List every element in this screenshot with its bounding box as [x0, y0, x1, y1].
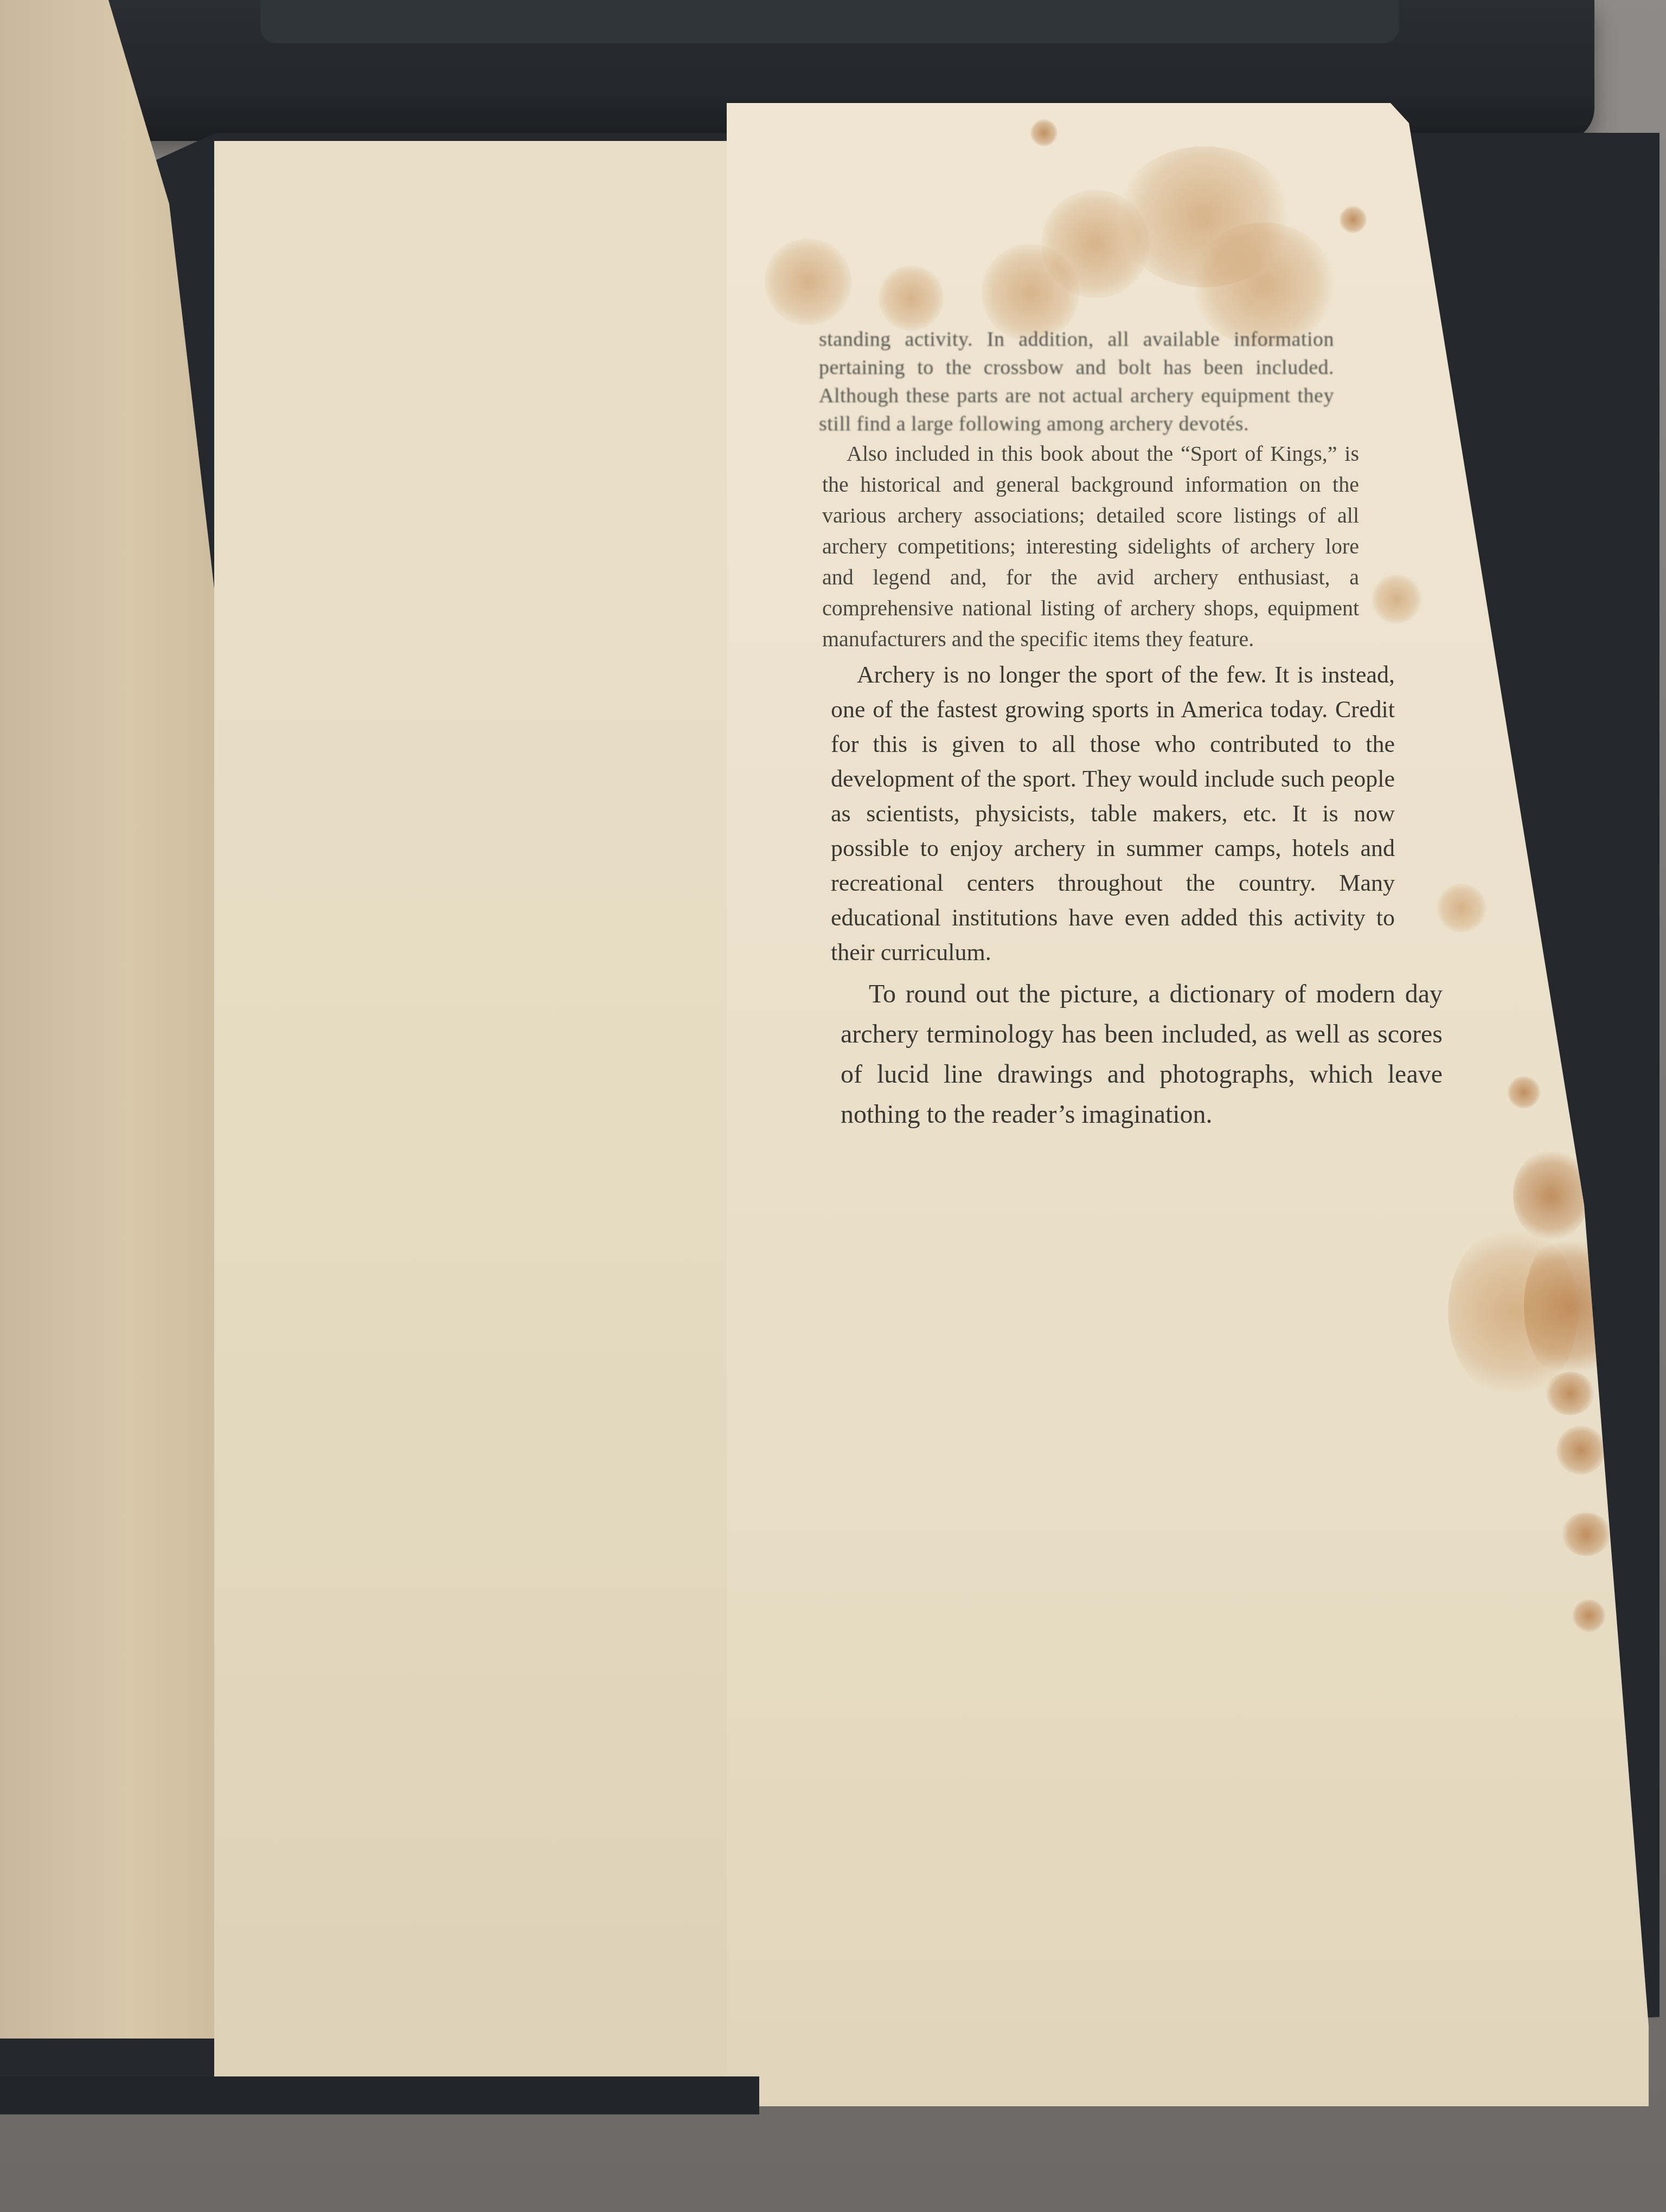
- book-bottom-edge: [0, 2076, 759, 2114]
- flap-paragraph: To round out the picture, a dictionary o…: [841, 974, 1443, 1135]
- flap-paragraph: Archery is no longer the sport of the fe…: [831, 658, 1395, 970]
- foxing-spot: [1340, 206, 1367, 233]
- foxing-spot: [1030, 119, 1058, 146]
- foxing-stain: [879, 266, 944, 331]
- flap-paragraph: standing activity. In addition, all avai…: [819, 325, 1334, 438]
- foxing-spot: [1508, 1076, 1540, 1109]
- flap-paragraph: Also included in this book about the “Sp…: [822, 438, 1359, 654]
- foxing-spot: [1562, 1513, 1611, 1556]
- foxing-spot: [1556, 1426, 1605, 1475]
- background-book-inset: [260, 0, 1399, 43]
- foxing-spot: [1546, 1372, 1594, 1415]
- foxing-spot: [1573, 1599, 1605, 1632]
- foxing-stain: [765, 239, 851, 325]
- jacket-flap-text: standing activity. In addition, all avai…: [819, 325, 1470, 1135]
- blank-endpaper-page: [214, 141, 757, 2076]
- foxing-stain: [1448, 1225, 1578, 1399]
